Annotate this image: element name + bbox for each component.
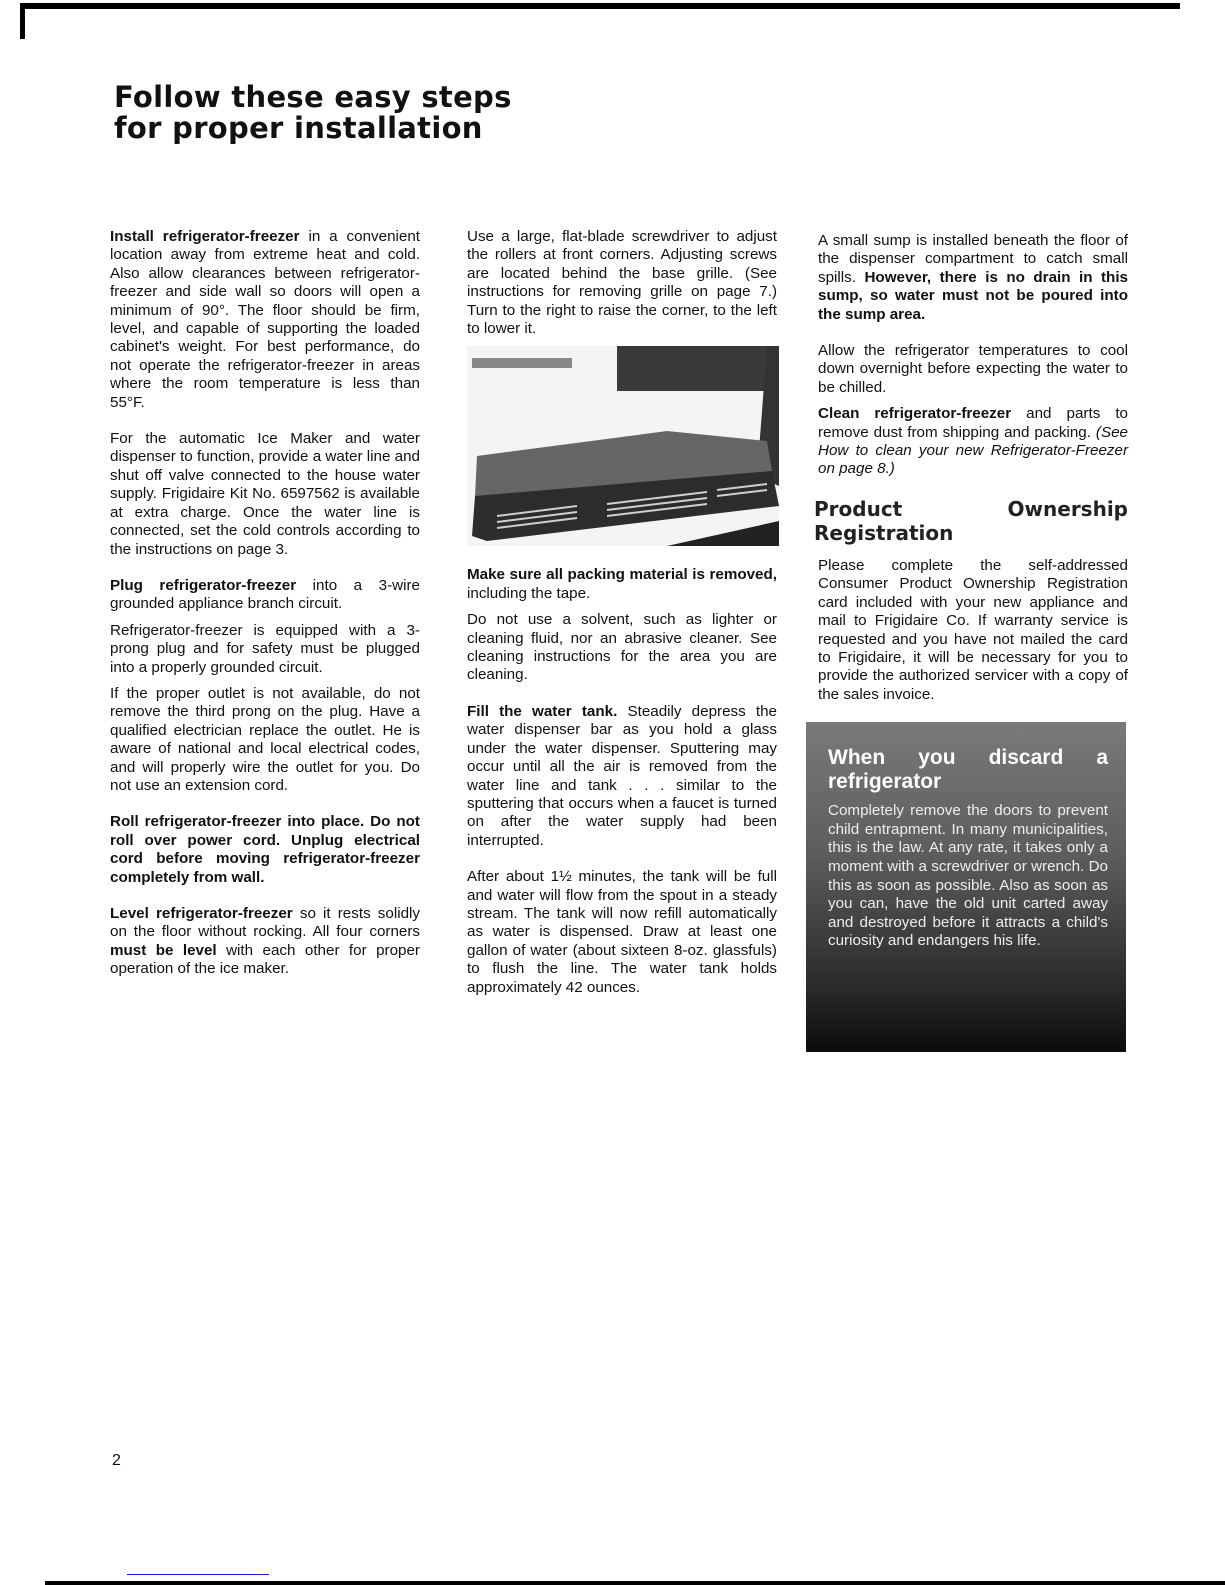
- base-grille-photo: [467, 346, 779, 546]
- sump-paragraph: A small sump is installed beneath the fl…: [818, 232, 1128, 324]
- cool-down-paragraph: Allow the refrigerator temperatures to c…: [818, 342, 1128, 397]
- after-minutes-paragraph: After about 1½ minutes, the tank will be…: [467, 868, 777, 997]
- roll-lead: Roll refrigerator-freezer into place.: [110, 813, 364, 830]
- water-line-paragraph: For the automatic Ice Maker and water di…: [110, 430, 420, 559]
- discard-body: Completely remove the doors to prevent c…: [828, 802, 1108, 951]
- scan-border-left: [20, 3, 25, 39]
- column-2: Use a large, flat-blade screwdriver to a…: [467, 228, 777, 1015]
- scan-artifact-line: [127, 1574, 269, 1575]
- plug-paragraph: Plug refrigerator-freezer into a 3-wire …: [110, 577, 420, 614]
- solvent-paragraph: Do not use a solvent, such as lighter or…: [467, 611, 777, 685]
- level-lead: Level refrigerator-freezer: [110, 905, 293, 922]
- column-1: Install refrigerator-freezer in a conven…: [110, 228, 420, 997]
- page-number: 2: [112, 1452, 121, 1470]
- three-prong-paragraph: Refrigerator-freezer is equipped with a …: [110, 622, 420, 677]
- fill-tank-lead: Fill the water tank.: [467, 703, 617, 720]
- packing-paragraph: Make sure all packing material is remove…: [467, 566, 777, 603]
- clean-lead: Clean refrigerator-freezer: [818, 405, 1011, 422]
- scan-border-top: [20, 3, 1180, 9]
- sump-warning: However, there is no drain in this sump,…: [818, 269, 1128, 323]
- title-line-1: Follow these easy steps: [114, 80, 512, 114]
- install-lead: Install refrigerator-freezer: [110, 228, 300, 245]
- page-title: Follow these easy steps for proper insta…: [114, 82, 512, 144]
- packing-lead: Make sure all packing material is remove…: [467, 566, 777, 583]
- discard-title: When you discard a refrigerator: [828, 746, 1108, 794]
- screwdriver-paragraph: Use a large, flat-blade screwdriver to a…: [467, 228, 777, 338]
- install-paragraph: Install refrigerator-freezer in a conven…: [110, 228, 420, 412]
- registration-heading: Product Ownership Registration: [814, 497, 1128, 545]
- title-line-2: for proper installation: [114, 111, 483, 145]
- registration-paragraph: Please complete the self-addressed Consu…: [818, 557, 1128, 704]
- column-3: A small sump is installed beneath the fl…: [818, 232, 1128, 1052]
- base-grille-image: [467, 346, 779, 546]
- fill-tank-paragraph: Fill the water tank. Steadily depress th…: [467, 703, 777, 850]
- plug-lead: Plug refrigerator-freezer: [110, 577, 296, 594]
- clean-paragraph: Clean refrigerator-freezer and parts to …: [818, 405, 1128, 479]
- level-paragraph: Level refrigerator-freezer so it rests s…: [110, 905, 420, 979]
- discard-warning-box: When you discard a refrigerator Complete…: [806, 722, 1126, 1052]
- roll-paragraph: Roll refrigerator-freezer into place. Do…: [110, 813, 420, 887]
- scan-border-bottom: [45, 1581, 1225, 1585]
- outlet-paragraph: If the proper outlet is not available, d…: [110, 685, 420, 795]
